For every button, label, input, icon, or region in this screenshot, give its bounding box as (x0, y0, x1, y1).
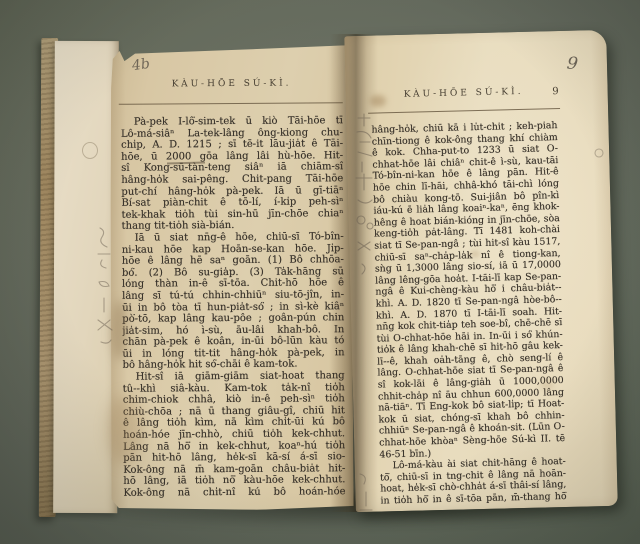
printed-line: hâng-ho̍k sai-pêng. Chit-pang Tāi-hōe (121, 173, 343, 186)
right-header-row: KÀU-HŌE SÚ-KÌ. 9 (371, 86, 557, 101)
pencil-ring-mark (82, 142, 98, 159)
printed-page-number: 9 (552, 86, 559, 97)
photo-background: KÀU-HŌE SÚ-KÌ. Pà-pek I-lô͘-sim-tek ū ki… (0, 0, 640, 544)
right-page: KÀU-HŌE SÚ-KÌ. 9 hâng-ho̍k, chiū kā i lu… (344, 30, 618, 512)
printed-line: Pà-pek I-lô͘-sim-tek ū kiò Tāi-hōe tī (121, 115, 343, 128)
printed-line: lâng sī tú-tú chhin-chhiūⁿ siu-tō-jîn, i… (122, 289, 344, 302)
printed-line: tek-khak tio̍h tùi sin-hū jīn-chōe chiaⁿ (122, 208, 344, 221)
handwritten-corner-mark: 4b (131, 56, 151, 74)
right-running-header: KÀU-HŌE SÚ-KÌ. (371, 86, 557, 101)
right-page-body: hâng-ho̍k, chiū kā i lu̍t-chit ; keh-pia… (371, 120, 566, 507)
right-header-rule (368, 108, 560, 114)
underlying-page-edge (53, 41, 119, 513)
left-page: KÀU-HŌE SÚ-KÌ. Pà-pek I-lô͘-sim-tek ū ki… (108, 45, 353, 511)
printed-line: Iā ū siat nn̄g-ê hōe, chiū-sī Tó-bîn- (122, 231, 344, 244)
printed-line: Kok-ông nā chi̍t-nî kú bô hoán-hóe (123, 486, 345, 499)
left-page-body: Pà-pek I-lô͘-sim-tek ū kiò Tāi-hōe tīLô-… (121, 115, 346, 499)
printed-line: ūi in lóng ti̍t-tit hâng-ho̍k pà-pek, in (122, 347, 344, 360)
printed-line: hoán-hóe jīn-chhò, chiū tio̍h kek-chhut. (123, 428, 345, 441)
left-header-rule (119, 102, 343, 105)
left-running-header: KÀU-HŌE SÚ-KÌ. (121, 78, 343, 90)
handwritten-page-number: 9 (566, 53, 579, 74)
